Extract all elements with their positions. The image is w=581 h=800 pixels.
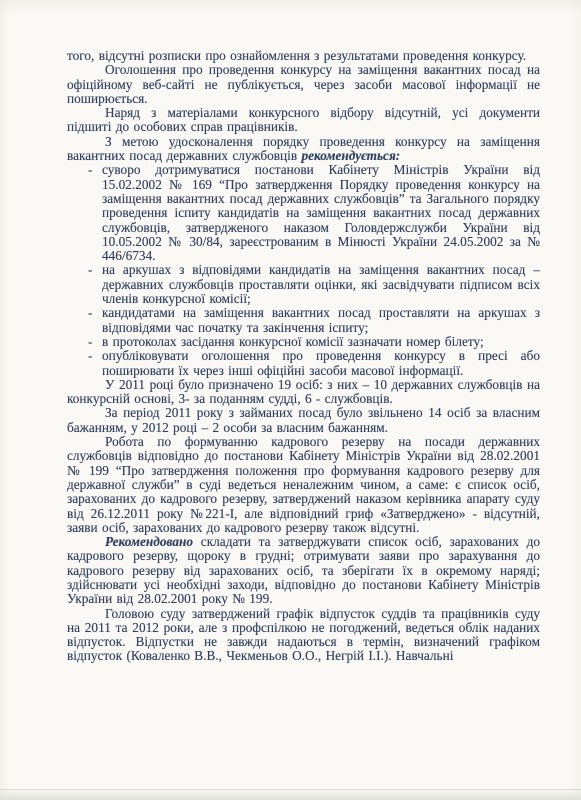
document-text-column: того, відсутні розписки про ознайомлення… [67, 49, 540, 664]
paragraph: Робота по формуванню кадрового резерву н… [67, 435, 540, 535]
paragraph: У 2011 році було призначено 19 осіб: з н… [67, 378, 540, 407]
paragraph: Головою суду затверджений графік відпуст… [67, 607, 540, 664]
list-item: -на аркушах з відповідями кандидатів на … [67, 263, 540, 306]
text-run: Наряд з матеріалами конкурсного відбору … [67, 105, 540, 134]
paragraph: Наряд з матеріалами конкурсного відбору … [67, 106, 540, 135]
scan-bottom-edge-artifact [0, 789, 581, 800]
scanned-document-page: { "page": { "language": "uk", "kind": "s… [0, 0, 581, 800]
text-run: Робота по формуванню кадрового резерву н… [67, 434, 540, 535]
text-run: опубліковувати оголошення про проведення… [102, 348, 540, 377]
text-run: кандидатами на заміщення вакантних посад… [102, 305, 540, 334]
text-run: Головою суду затверджений графік відпуст… [67, 606, 540, 664]
list-item: -в протоколах засідання конкурсної коміс… [67, 335, 540, 349]
emphasized-text-run: рекомендується: [301, 148, 400, 163]
text-run: За період 2011 року з займаних посад бул… [67, 405, 540, 434]
paragraph: Рекомендовано складати та затверджувати … [67, 535, 540, 606]
list-dash-marker: - [88, 335, 92, 349]
list-item: -опубліковувати оголошення про проведенн… [67, 349, 540, 378]
text-run: на аркушах з відповідями кандидатів на з… [102, 262, 540, 306]
text-run: Оголошення про проведення конкурсу на за… [67, 62, 540, 106]
paragraph: З метою удосконалення порядку проведення… [67, 135, 540, 164]
list-item: -суворо дотримуватися постанови Кабінету… [67, 163, 540, 263]
emphasized-text-run: Рекомендовано [105, 534, 193, 549]
text-run: того, відсутні розписки про ознайомлення… [67, 48, 526, 63]
list-item: -кандидатами на заміщення вакантних поса… [67, 306, 540, 335]
list-dash-marker: - [88, 163, 92, 177]
text-run: суворо дотримуватися постанови Кабінету … [102, 162, 540, 263]
paragraph: Оголошення про проведення конкурсу на за… [67, 63, 540, 106]
list-dash-marker: - [88, 263, 92, 277]
text-run: У 2011 році було призначено 19 осіб: з н… [67, 377, 540, 406]
list-dash-marker: - [88, 349, 92, 363]
list-dash-marker: - [88, 306, 92, 320]
paragraph: того, відсутні розписки про ознайомлення… [67, 49, 540, 63]
text-run: в протоколах засідання конкурсної комісі… [102, 334, 484, 349]
paragraph: За період 2011 року з займаних посад бул… [67, 406, 540, 435]
